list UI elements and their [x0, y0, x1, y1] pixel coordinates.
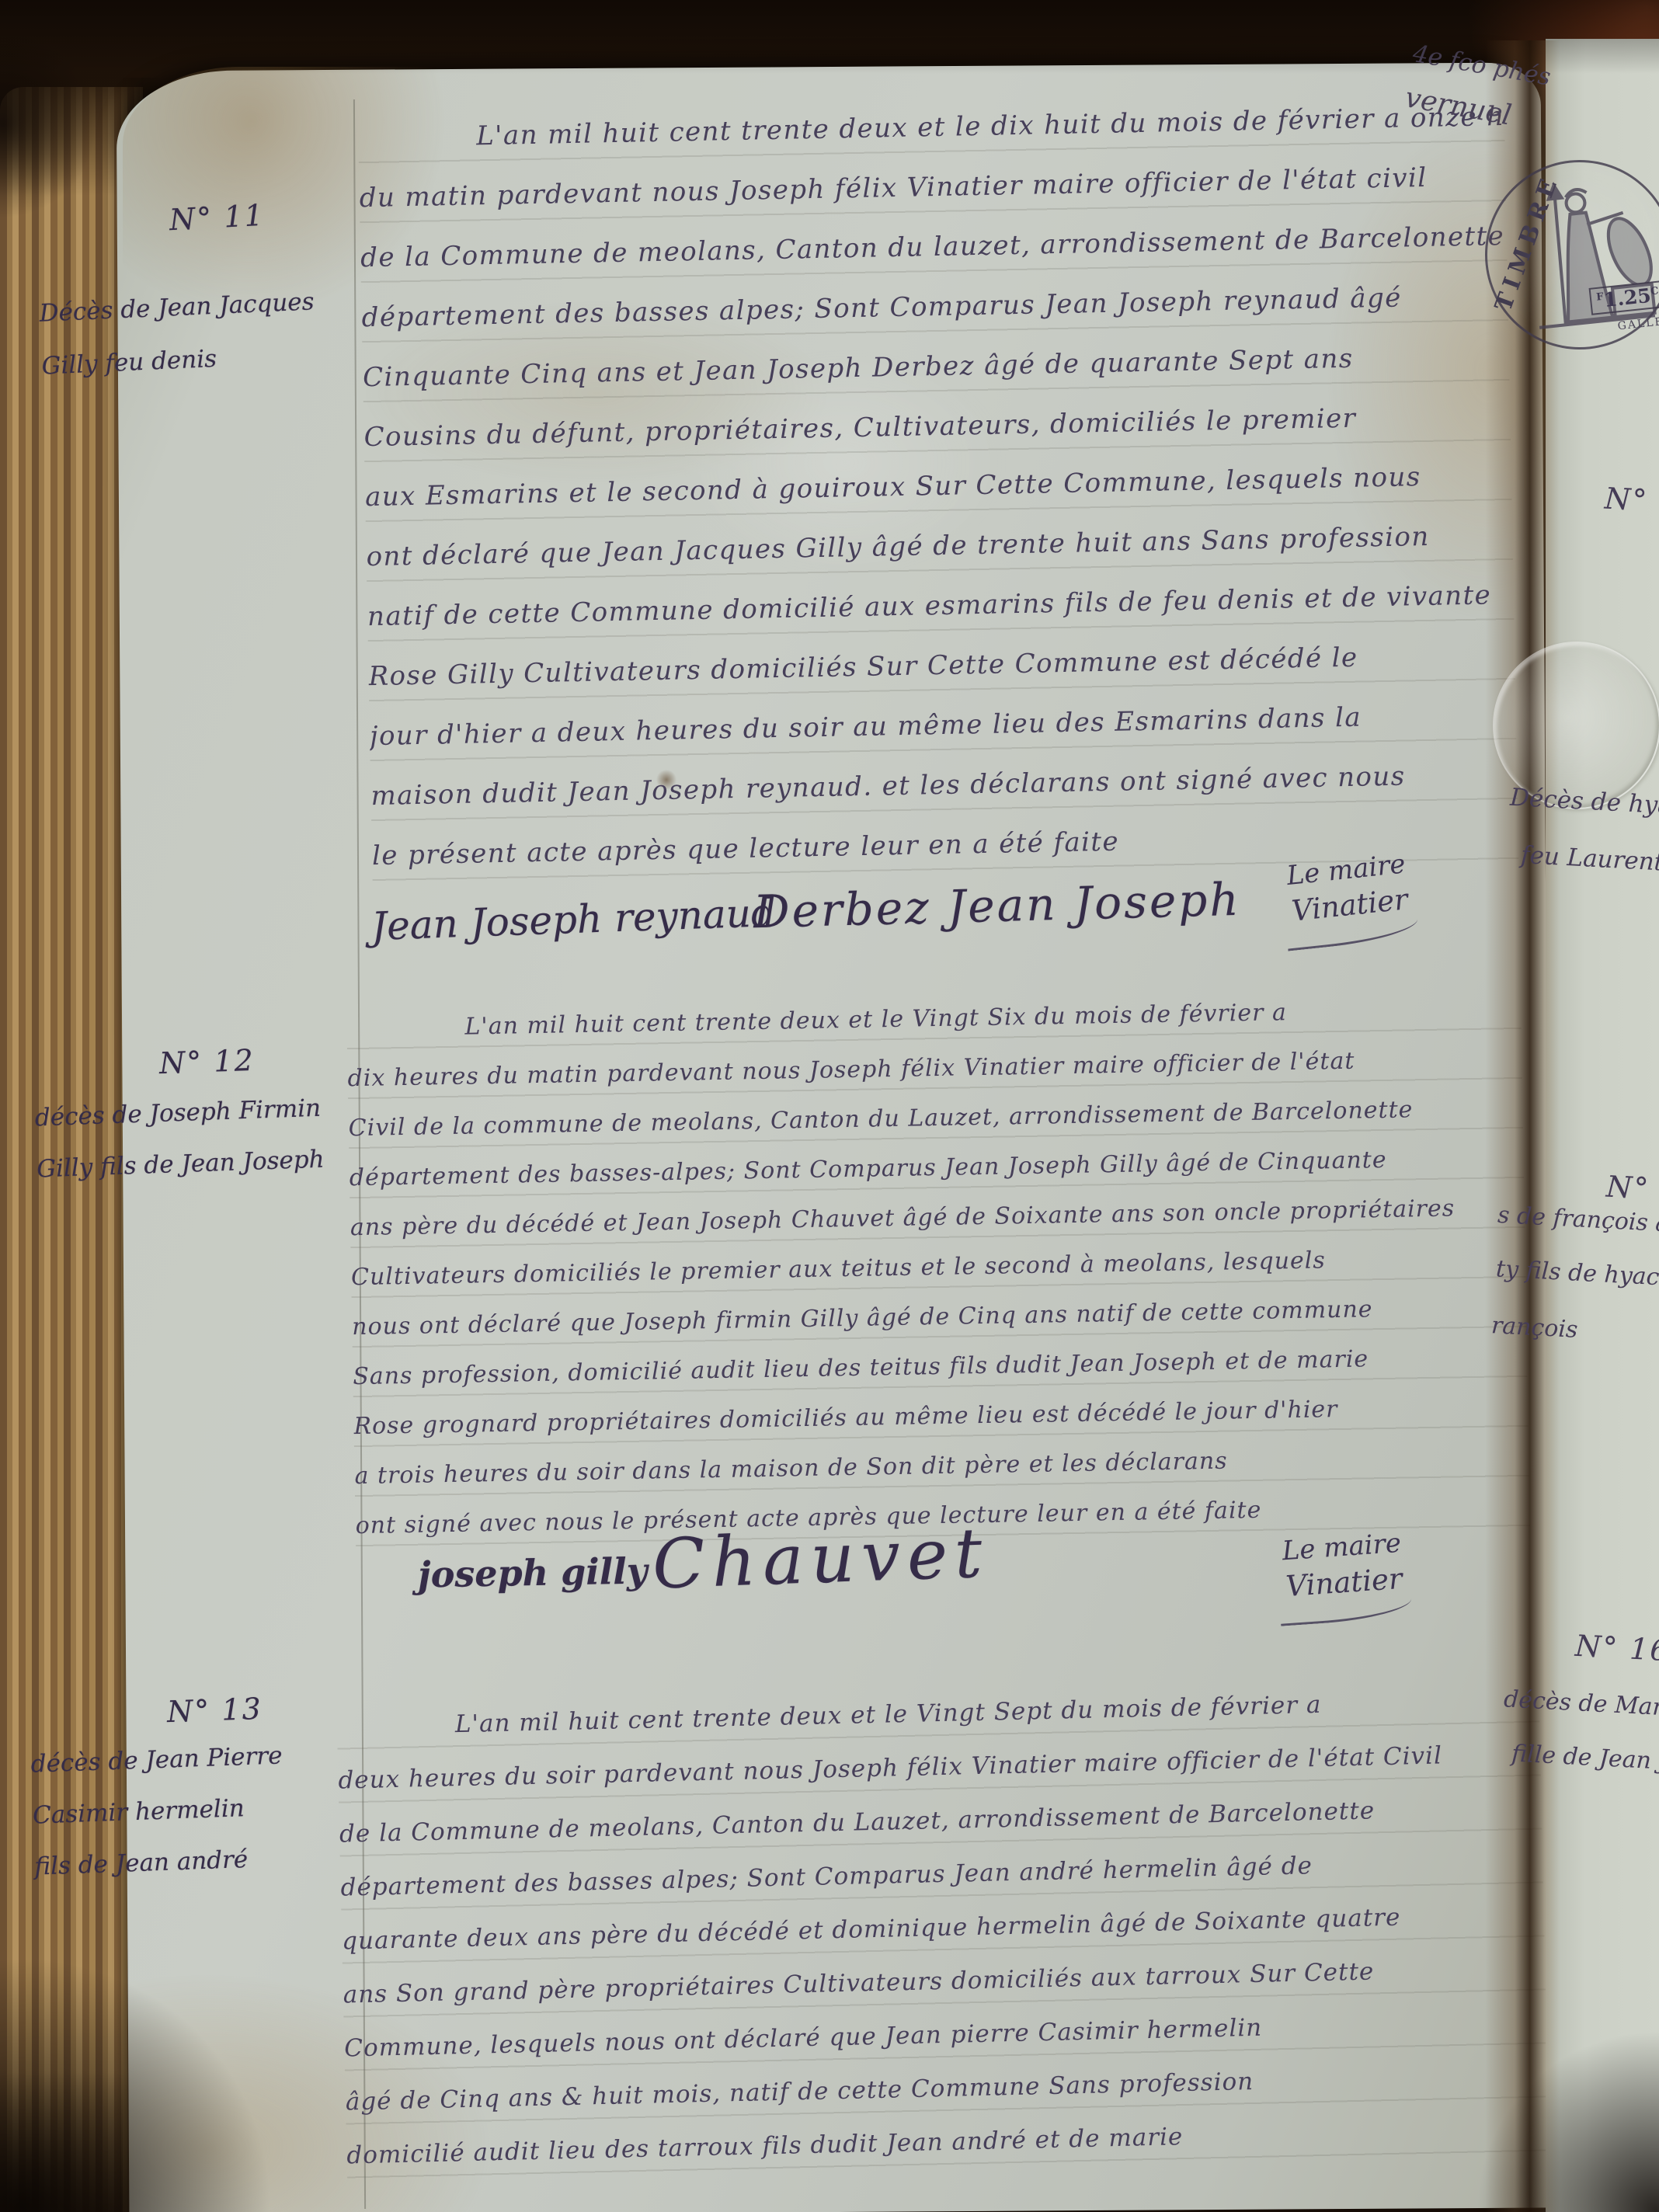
binding-gutter-shadow: [1485, 40, 1560, 2212]
death-record-11: L'an mil huit cent trente deux et le dix…: [358, 87, 1519, 886]
facing-note-francois-3: rançois: [1490, 1312, 1578, 1344]
margin-note-11: Décès de Jean Jacques Gilly feu denis: [39, 287, 317, 380]
facing-number-bottom: N° 16: [1574, 1629, 1659, 1668]
signature-gilly: joseph gilly: [418, 1549, 648, 1595]
mayor-signature-block-2: Le maire Vinatier: [1275, 1527, 1413, 1626]
facing-number-top: N° 1: [1604, 482, 1659, 520]
mayor-signature-block-1: Le maire Vinatier: [1278, 847, 1419, 951]
signature-chauvet: Chauvet: [651, 1512, 990, 1604]
minerva-figure-icon: [1514, 168, 1659, 340]
margin-number-12: N° 12: [158, 1043, 255, 1080]
margin-note-12: décès de Joseph Firmin Gilly fils de Jea…: [34, 1094, 325, 1184]
death-record-13: L'an mil huit cent trente deux et le Vin…: [336, 1674, 1549, 2183]
register-photo: N° 11 Décès de Jean Jacques Gilly feu de…: [0, 0, 1659, 2212]
facing-number-mid: N° 1: [1605, 1170, 1659, 1208]
death-record-12: L'an mil huit cent trente deux et le Vin…: [346, 984, 1530, 1551]
margin-number-13: N° 13: [166, 1692, 263, 1729]
margin-note-13: décès de Jean Pierre Casimir hermelin fi…: [30, 1741, 287, 1880]
margin-number-11: N° 11: [169, 198, 266, 237]
register-right-page: [1546, 39, 1659, 2212]
